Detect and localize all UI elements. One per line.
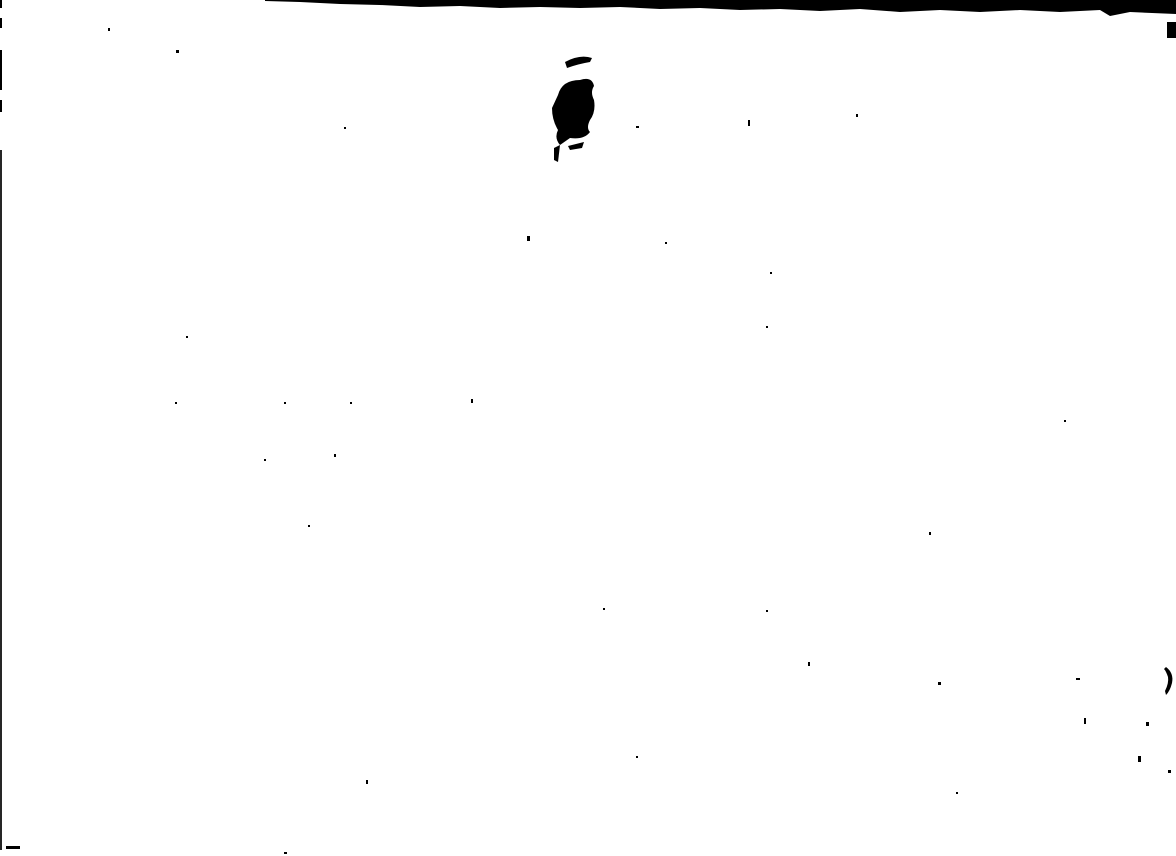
noise-specks — [0, 0, 1176, 856]
scanned-page — [0, 0, 1176, 856]
